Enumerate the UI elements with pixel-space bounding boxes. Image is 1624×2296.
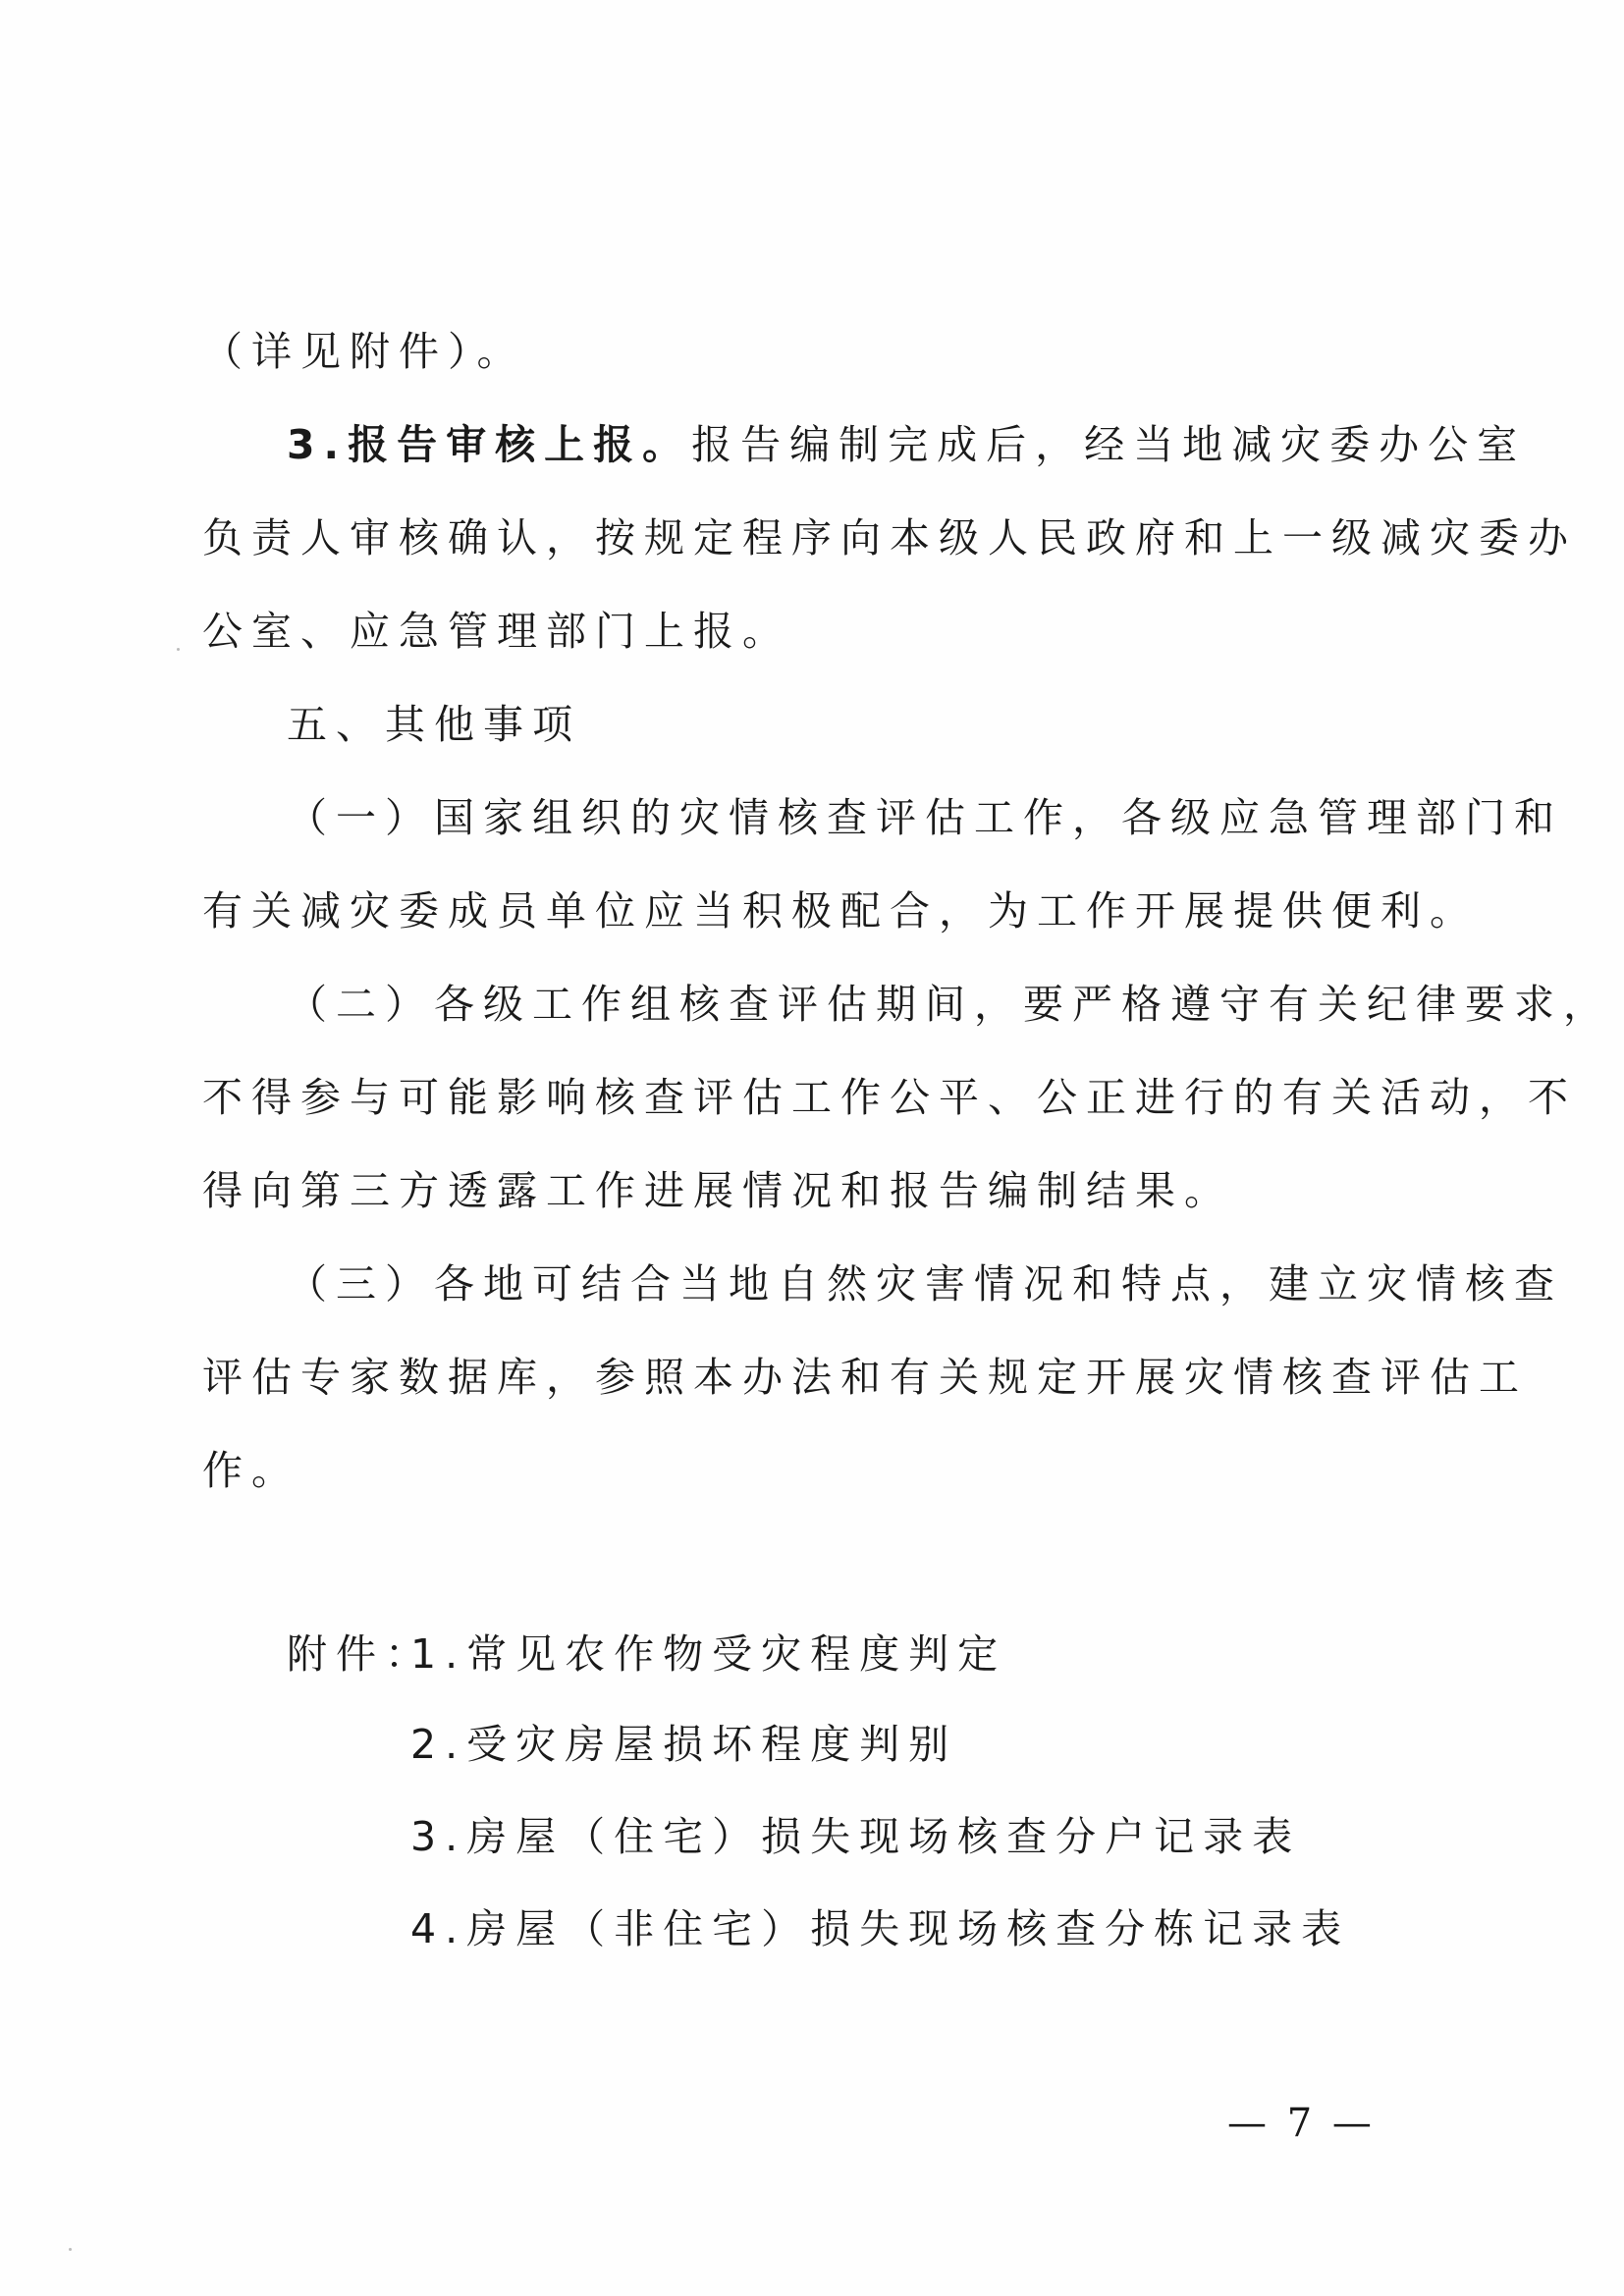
document-page: （详见附件）。 3.报告审核上报。报告编制完成后，经当地减灾委办公室 负责人审核… — [0, 0, 1624, 2296]
attachment-item: 3.房屋（住宅）损失现场核查分户记录表 — [410, 1812, 1301, 1861]
item-2-line: 得向第三方透露工作进展情况和报告编制结果。 — [202, 1166, 1233, 1215]
section-heading: 五、其他事项 — [287, 700, 581, 749]
paragraph-line: 公室、应急管理部门上报。 — [202, 607, 791, 656]
item-3-line: 作。 — [202, 1446, 300, 1495]
paragraph-line: 负责人审核确认，按规定程序向本级人民政府和上一级减灾委办 — [202, 513, 1577, 562]
paragraph-line: 3.报告审核上报。报告编制完成后，经当地减灾委办公室 — [287, 420, 1526, 469]
scan-speck — [69, 2248, 72, 2251]
item-2-line: 不得参与可能影响核查评估工作公平、公正进行的有关活动，不 — [202, 1073, 1577, 1122]
paragraph-text: 报告编制完成后，经当地减灾委办公室 — [691, 421, 1526, 468]
attachment-item: 1.常见农作物受灾程度判定 — [410, 1629, 1006, 1679]
item-3-line: （三）各地可结合当地自然灾害情况和特点，建立灾情核查 — [287, 1259, 1563, 1308]
page-number: — 7 — — [1227, 2101, 1376, 2146]
paragraph-line: （详见附件）。 — [202, 327, 526, 376]
subheading-report-review: 3.报告审核上报。 — [287, 421, 691, 468]
item-2-line: （二）各级工作组核查评估期间，要严格遵守有关纪律要求， — [287, 980, 1612, 1029]
item-1-line: 有关减灾委成员单位应当积极配合，为工作开展提供便利。 — [202, 886, 1479, 935]
item-1-line: （一）国家组织的灾情核查评估工作，各级应急管理部门和 — [287, 793, 1563, 842]
attachment-item: 4.房屋（非住宅）损失现场核查分栋记录表 — [410, 1904, 1350, 1953]
item-3-line: 评估专家数据库，参照本办法和有关规定开展灾情核查评估工 — [202, 1353, 1528, 1402]
attachment-item: 2.受灾房屋损坏程度判别 — [410, 1720, 957, 1769]
scan-speck — [177, 648, 180, 651]
